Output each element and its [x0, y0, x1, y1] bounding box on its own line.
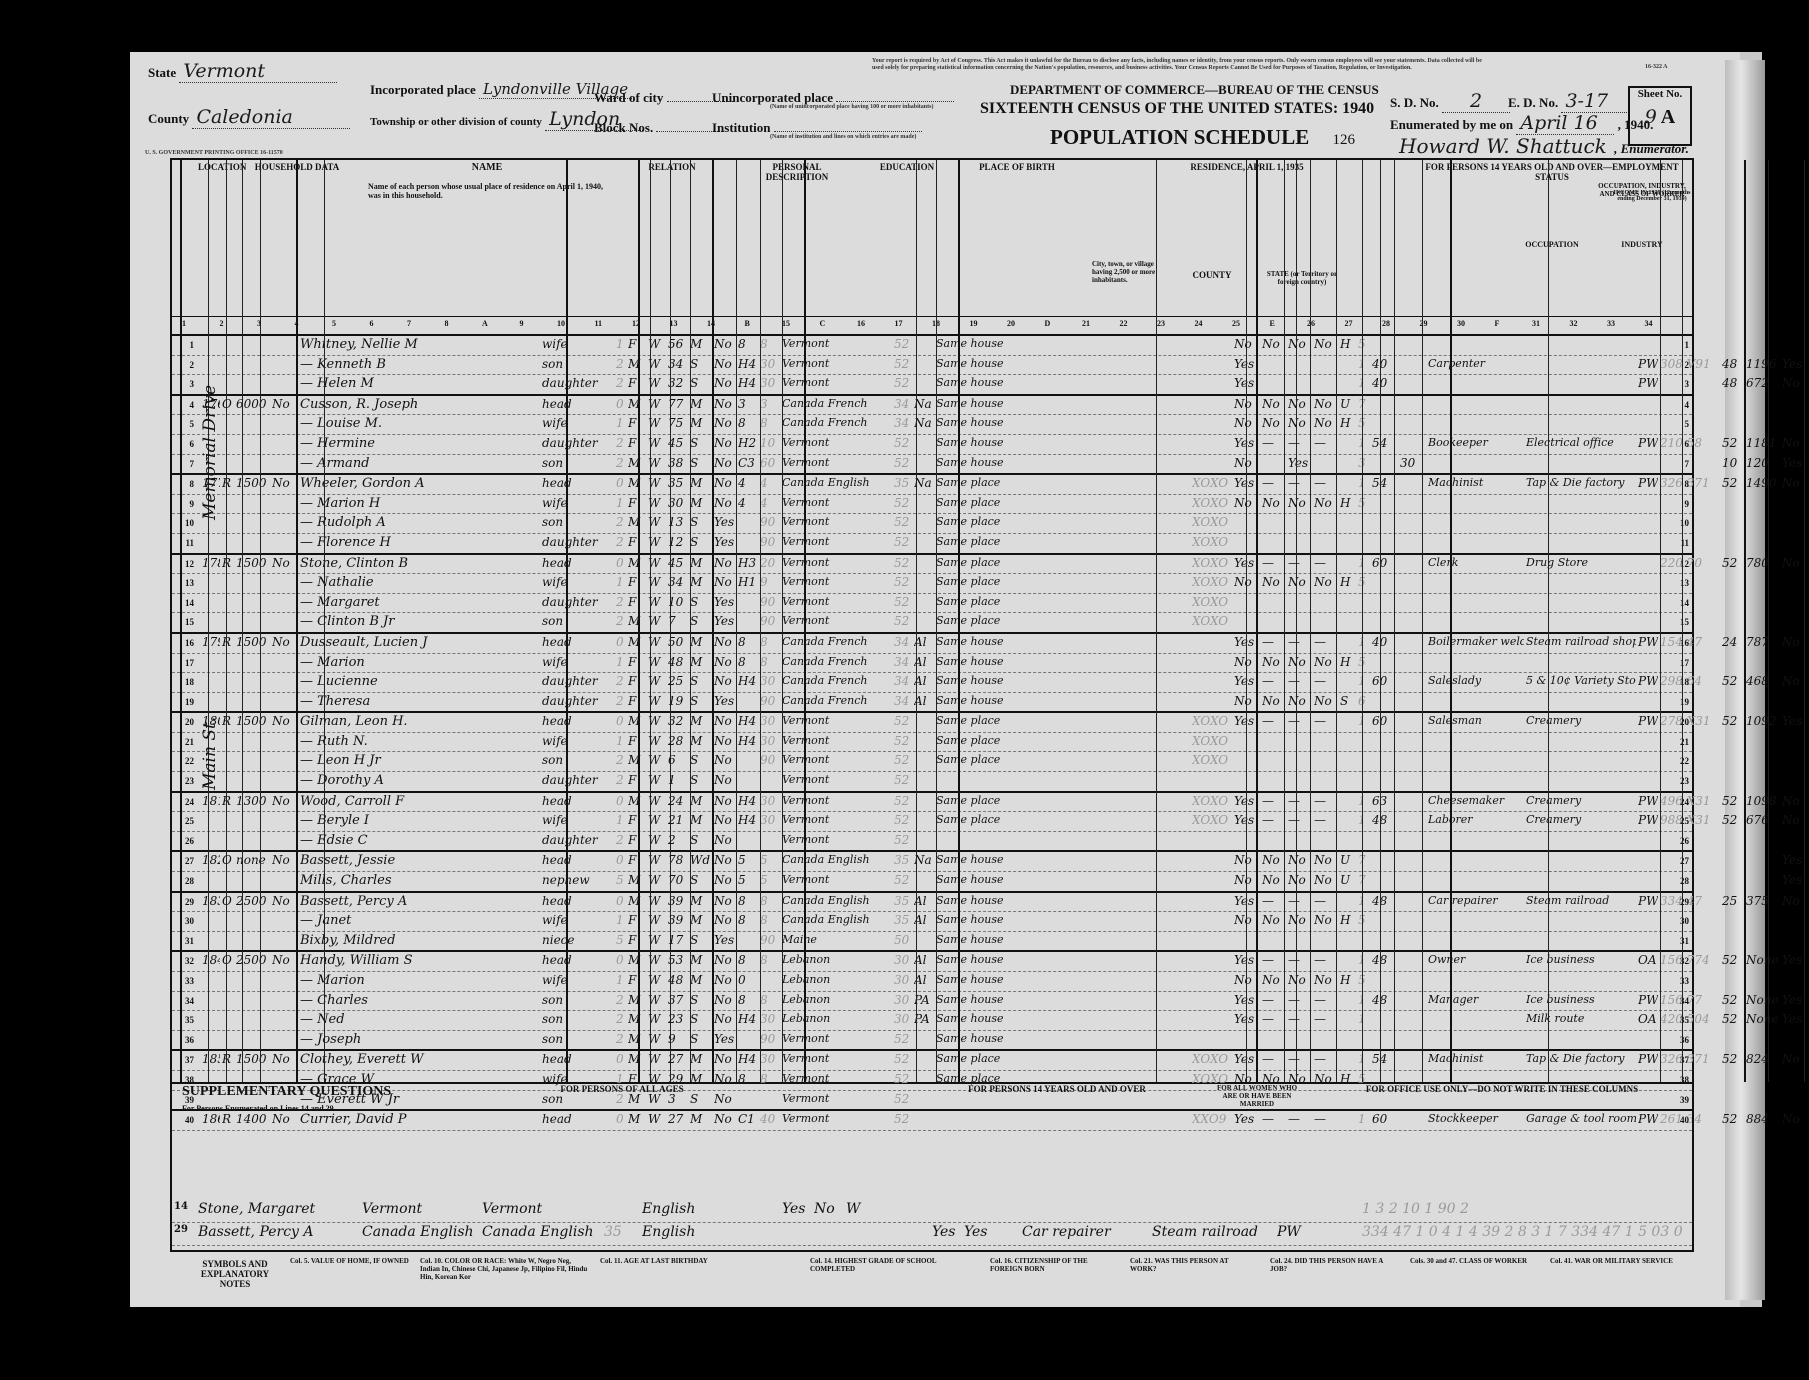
- cell-code-b: 30: [760, 813, 780, 827]
- cell-code-e: 5: [1358, 913, 1368, 927]
- cell-industry: Creamery: [1526, 813, 1636, 826]
- cell-weeks: 52: [1722, 674, 1744, 688]
- cell-code-e: 7: [1358, 873, 1368, 887]
- cell-code-c: 52: [894, 357, 912, 371]
- cell-code-b: 10: [760, 436, 780, 450]
- supp-cell-soc-sec: Yes: [932, 1224, 962, 1240]
- cell-school: No: [714, 357, 738, 371]
- cell-birthplace: Vermont: [782, 496, 892, 509]
- cell-code-c: 52: [894, 813, 912, 827]
- cell-hours: 40: [1372, 376, 1396, 390]
- cell-industry: Steam railroad: [1526, 894, 1636, 907]
- table-row: 11— Florence Hdaughter2FW12SYes90Vermont…: [172, 534, 1692, 555]
- cell-code-d: XOXO: [1192, 496, 1232, 510]
- cell-wages: 468: [1746, 674, 1780, 688]
- supp-cell-line: 29: [174, 1224, 194, 1235]
- column-divider: [712, 160, 714, 1082]
- table-row: 18— Luciennedaughter2FW25SNoH430Canada F…: [172, 673, 1692, 693]
- column-number: A: [482, 319, 488, 328]
- cell-weeks: 52: [1722, 1052, 1744, 1066]
- supp-cell-mother: Canada English: [482, 1224, 602, 1240]
- column-divider: [1380, 160, 1381, 1082]
- line-number-right: 12: [1669, 559, 1689, 569]
- cell-own: O: [222, 953, 236, 967]
- cell-has-job: —: [1314, 714, 1338, 728]
- cell-relation: nephew: [542, 873, 614, 887]
- cell-code-c: 52: [894, 1052, 912, 1066]
- column-divider: [1284, 160, 1285, 1082]
- cell-res-1935: Same house: [936, 913, 1066, 926]
- cell-own: O: [222, 853, 236, 867]
- cell-relation: son: [542, 1012, 614, 1026]
- cell-emerg: —: [1262, 674, 1286, 688]
- cell-res-1935: Same place: [936, 753, 1066, 766]
- cell-class: PW: [1638, 635, 1658, 649]
- cell-age: 77: [668, 397, 688, 411]
- cell-industry: Electrical office: [1526, 436, 1636, 449]
- cell-name: — Lucienne: [300, 674, 540, 689]
- cell-name: — Marion: [300, 973, 540, 988]
- cell-class: PW: [1638, 476, 1658, 490]
- cell-wages: 824: [1746, 1052, 1780, 1066]
- column-divider: [1660, 160, 1661, 1082]
- line-number: 24: [174, 797, 194, 807]
- cell-code-e: 1: [1358, 476, 1368, 490]
- cell-farm: No: [272, 476, 292, 490]
- cell-code-b: 90: [760, 753, 780, 767]
- cell-house-no: 183: [202, 894, 220, 908]
- cell-wages: 780: [1746, 556, 1780, 570]
- cell-age: 39: [668, 894, 688, 908]
- enumeration-date-field: Enumerated by me on April 16 , 1940.: [1390, 112, 1653, 135]
- cell-cit: Al: [914, 674, 934, 688]
- cell-school: Yes: [714, 595, 738, 609]
- cell-code-b: 90: [760, 933, 780, 947]
- cell-class: PW: [1638, 813, 1658, 827]
- cell-code-a: 2: [616, 376, 626, 390]
- table-row: 35— Nedson2MW23SNoH430Lebanon30PASame ho…: [172, 1011, 1692, 1031]
- cell-farm: No: [272, 635, 292, 649]
- cell-code-c: 35: [894, 913, 912, 927]
- cell-res-1935: Same place: [936, 496, 1066, 509]
- cell-relation: wife: [542, 575, 614, 589]
- cell-relation: son: [542, 1032, 614, 1046]
- cell-code-c: 52: [894, 1032, 912, 1046]
- table-row: 27182OnoneNoBassett, Jessiehead0FW78WdNo…: [172, 852, 1692, 872]
- cell-marital: M: [690, 794, 712, 808]
- cell-marital: M: [690, 575, 712, 589]
- cell-age: 19: [668, 694, 688, 708]
- cell-has-job: No: [1314, 853, 1338, 867]
- line-number: 9: [174, 499, 194, 509]
- cell-grade: 5: [738, 873, 758, 887]
- column-divider: [670, 160, 671, 1082]
- cell-seeking: No: [1288, 853, 1312, 867]
- cell-code-b: 90: [760, 515, 780, 529]
- table-body: 1Whitney, Nellie Mwife1FW56MNo88Vermont5…: [172, 336, 1692, 1131]
- cell-seeking: —: [1288, 674, 1312, 688]
- cell-name: — Edsie C: [300, 833, 540, 848]
- cell-age: 17: [668, 933, 688, 947]
- line-number-right: 29: [1669, 897, 1689, 907]
- cell-code-e: 7: [1358, 853, 1368, 867]
- cell-age: 75: [668, 416, 688, 430]
- column-number: 2: [220, 319, 224, 328]
- cell-grade: H4: [738, 357, 758, 371]
- supp-cell-tongue: English: [642, 1224, 742, 1240]
- cell-code-a: 1: [616, 973, 626, 987]
- column-divider: [1682, 160, 1683, 1082]
- cell-name: — Florence H: [300, 535, 540, 550]
- column-number: 1: [182, 319, 186, 328]
- cell-wages: None: [1746, 953, 1780, 967]
- cell-birthplace: Lebanon: [782, 1012, 892, 1025]
- cell-class: PW: [1638, 993, 1658, 1007]
- section-birth: PLACE OF BIRTH: [962, 162, 1072, 172]
- cell-marital: M: [690, 1052, 712, 1066]
- cell-code-d: XOXO: [1192, 813, 1232, 827]
- line-number-right: 10: [1669, 518, 1689, 528]
- cell-age: 34: [668, 357, 688, 371]
- line-number: 35: [174, 1015, 194, 1025]
- column-divider: [1394, 160, 1395, 1082]
- supp-cell-widow: No: [814, 1201, 844, 1217]
- cell-sex: F: [628, 376, 646, 390]
- cell-code-c: 35: [894, 853, 912, 867]
- cell-occupation: Boilermaker welder: [1428, 635, 1524, 648]
- cell-res-1935: Same place: [936, 1052, 1066, 1065]
- cell-grade: 0: [738, 973, 758, 987]
- cell-code-a: 0: [616, 556, 626, 570]
- cell-cit: Na: [914, 416, 934, 430]
- cell-grade: C3: [738, 456, 758, 470]
- cell-res-1935: Same place: [936, 794, 1066, 807]
- table-row: 9— Marion Hwife1FW30MNo44Vermont52Same p…: [172, 495, 1692, 515]
- line-number-right: 22: [1669, 756, 1689, 766]
- cell-code-a: 2: [616, 357, 626, 371]
- cell-code-b: 30: [760, 1052, 780, 1066]
- section-personal: PERSONAL DESCRIPTION: [742, 162, 852, 182]
- cell-sex: F: [628, 496, 646, 510]
- cell-relation: daughter: [542, 833, 614, 847]
- supp-cell-mother: Vermont: [482, 1201, 602, 1217]
- cell-birthplace: Vermont: [782, 833, 892, 846]
- cell-seeking: —: [1288, 1012, 1312, 1026]
- cell-code-b: 8: [760, 416, 780, 430]
- cell-seeking: No: [1288, 337, 1312, 351]
- cell-res-1935: Same house: [936, 993, 1066, 1006]
- cell-birthplace: Vermont: [782, 753, 892, 766]
- cell-wages: 375: [1746, 894, 1780, 908]
- line-number: 17: [174, 658, 194, 668]
- line-number: 33: [174, 976, 194, 986]
- cell-res-1935: Same house: [936, 357, 1066, 370]
- cell-code-c: 52: [894, 496, 912, 510]
- cell-code-a: 2: [616, 694, 626, 708]
- cell-sex: F: [628, 674, 646, 688]
- cell-has-job: —: [1314, 1052, 1338, 1066]
- cell-res-1935: Same place: [936, 575, 1066, 588]
- cell-code-e: 6: [1358, 694, 1368, 708]
- column-divider: [208, 160, 209, 1082]
- cell-sex: M: [628, 873, 646, 887]
- cell-grade: H4: [738, 376, 758, 390]
- table-row: 8177R1500NoWheeler, Gordon Ahead0MW35MNo…: [172, 475, 1692, 495]
- cell-birthplace: Vermont: [782, 714, 892, 727]
- cell-class: PW: [1638, 436, 1658, 450]
- cell-own: R: [222, 635, 236, 649]
- cell-code-b: 30: [760, 1012, 780, 1026]
- cell-code-d: XOXO: [1192, 734, 1232, 748]
- cell-farm: No: [272, 953, 292, 967]
- cell-code-b: 30: [760, 376, 780, 390]
- cell-birthplace: Vermont: [782, 813, 892, 826]
- cell-emerg: No: [1262, 416, 1286, 430]
- line-number-right: 11: [1669, 538, 1689, 548]
- column-number: 31: [1532, 319, 1540, 328]
- supp-cell-code: 35: [604, 1224, 634, 1240]
- cell-grade: 8: [738, 635, 758, 649]
- cell-code-a: 2: [616, 1012, 626, 1026]
- cell-marital: S: [690, 1032, 712, 1046]
- cell-grade: H4: [738, 794, 758, 808]
- cell-relation: son: [542, 614, 614, 628]
- cell-seeking: —: [1288, 1052, 1312, 1066]
- cell-name: — Marion H: [300, 496, 540, 511]
- column-divider: [1336, 160, 1337, 1082]
- cell-has-job: —: [1314, 436, 1338, 450]
- cell-code-b: 60: [760, 456, 780, 470]
- cell-age: 23: [668, 1012, 688, 1026]
- cell-grade: H1: [738, 575, 758, 589]
- cell-grade: 8: [738, 894, 758, 908]
- cell-hours: 63: [1372, 794, 1396, 808]
- cell-age: 35: [668, 476, 688, 490]
- confidentiality-notice: Your report is required by Act of Congre…: [872, 58, 1492, 72]
- cell-marital: S: [690, 694, 712, 708]
- cell-name: Dusseault, Lucien J: [300, 635, 540, 650]
- cell-code-c: 52: [894, 773, 912, 787]
- cell-code-b: 90: [760, 614, 780, 628]
- line-number: 11: [174, 538, 194, 548]
- cell-grade: 8: [738, 416, 758, 430]
- cell-relation: wife: [542, 813, 614, 827]
- line-number-right: 28: [1669, 876, 1689, 886]
- cell-school: No: [714, 753, 738, 767]
- cell-code-b: 30: [760, 674, 780, 688]
- cell-code-a: 0: [616, 953, 626, 967]
- cell-emerg: No: [1262, 694, 1286, 708]
- cell-age: 21: [668, 813, 688, 827]
- line-number: 2: [174, 360, 194, 370]
- line-number: 21: [174, 737, 194, 747]
- line-number: 18: [174, 677, 194, 687]
- cell-age: 25: [668, 674, 688, 688]
- cell-code-a: 2: [616, 993, 626, 1007]
- cell-sex: M: [628, 1052, 646, 1066]
- cell-birthplace: Vermont: [782, 1032, 892, 1045]
- cell-age: 28: [668, 734, 688, 748]
- cell-relation: head: [542, 397, 614, 411]
- column-number: 20: [1007, 319, 1015, 328]
- cell-relation: daughter: [542, 674, 614, 688]
- cell-birthplace: Vermont: [782, 794, 892, 807]
- cell-name: — Kenneth B: [300, 357, 540, 372]
- cell-code-c: 52: [894, 556, 912, 570]
- cell-code-c: 52: [894, 456, 912, 470]
- table-row: 22— Leon H Jrson2MW6SNo90Vermont52Same p…: [172, 752, 1692, 772]
- line-number: 30: [174, 916, 194, 926]
- cell-relation: niece: [542, 933, 614, 947]
- table-row: 36— Josephson2MW9SYes90Vermont52Same hou…: [172, 1031, 1692, 1052]
- line-number-right: 8: [1669, 479, 1689, 489]
- supplementary-row: 29Bassett, Percy ACanada EnglishCanada E…: [172, 1223, 1692, 1246]
- cell-code-a: 5: [616, 873, 626, 887]
- table-row: 13— Nathaliewife1FW34MNoH19Vermont52Same…: [172, 574, 1692, 594]
- column-number: 10: [557, 319, 565, 328]
- table-row: 30— Janetwife1FW39MNo88Canada English35A…: [172, 912, 1692, 932]
- cell-sex: F: [628, 933, 646, 947]
- line-number: 15: [174, 617, 194, 627]
- cell-res-1935: Same house: [936, 674, 1066, 687]
- line-number: 6: [174, 439, 194, 449]
- cell-code-a: 0: [616, 894, 626, 908]
- column-number: C: [820, 319, 826, 328]
- cell-birthplace: Lebanon: [782, 973, 892, 986]
- column-number: 30: [1457, 319, 1465, 328]
- cell-age: 50: [668, 635, 688, 649]
- cell-seeking: No: [1288, 913, 1312, 927]
- line-number: 27: [174, 856, 194, 866]
- cell-weeks: 10: [1722, 456, 1744, 470]
- cell-wages: 672: [1746, 376, 1780, 390]
- cell-school: No: [714, 337, 738, 351]
- column-divider: [1450, 160, 1452, 1082]
- cell-relation: son: [542, 456, 614, 470]
- cell-school: No: [714, 456, 738, 470]
- cell-hours: 48: [1372, 993, 1396, 1007]
- cell-school: No: [714, 436, 738, 450]
- table-row: 24181R1300NoWood, Carroll Fhead0MW24MNoH…: [172, 793, 1692, 813]
- cell-code-c: 35: [894, 476, 912, 490]
- cell-hours: 48: [1372, 894, 1396, 908]
- cell-seeking: No: [1288, 496, 1312, 510]
- column-number: D: [1045, 319, 1051, 328]
- column-number: 21: [1082, 319, 1090, 328]
- cell-cit: Al: [914, 913, 934, 927]
- cell-farm: No: [272, 397, 292, 411]
- cell-code-a: 0: [616, 794, 626, 808]
- cell-code-e: 1: [1358, 993, 1368, 1007]
- cell-seeking: No: [1288, 973, 1312, 987]
- table-row: 31Bixby, Mildredniece5FW17SYes90Maine50S…: [172, 932, 1692, 953]
- cell-school: No: [714, 575, 738, 589]
- cell-marital: S: [690, 357, 712, 371]
- cell-hours: 40: [1372, 635, 1396, 649]
- cell-weeks: 52: [1722, 794, 1744, 808]
- cell-seeking: —: [1288, 436, 1312, 450]
- cell-hours: 40: [1372, 357, 1396, 371]
- column-divider: [324, 160, 325, 1082]
- cell-birthplace: Vermont: [782, 1052, 892, 1065]
- cell-occupation: Machinist: [1428, 1052, 1524, 1065]
- cell-code-e: 5: [1358, 496, 1368, 510]
- cell-code-c: 30: [894, 973, 912, 987]
- cell-age: 9: [668, 1032, 688, 1046]
- column-divider: [566, 160, 568, 1082]
- cell-relation: wife: [542, 973, 614, 987]
- line-number-right: 34: [1669, 996, 1689, 1006]
- cell-code-e: 1: [1358, 794, 1368, 808]
- cell-code-a: 0: [616, 1052, 626, 1066]
- cell-marital: S: [690, 515, 712, 529]
- cell-code-e: 5: [1358, 337, 1368, 351]
- line-number: 34: [174, 996, 194, 1006]
- cell-house-no: 182: [202, 853, 220, 867]
- cell-res-1935: Same house: [936, 337, 1066, 350]
- line-number: 4: [174, 400, 194, 410]
- cell-has-job: No: [1314, 496, 1338, 510]
- cell-sex: F: [628, 595, 646, 609]
- cell-code-e: 1: [1358, 357, 1368, 371]
- cell-has-job: No: [1314, 873, 1338, 887]
- cell-code-b: 8: [760, 913, 780, 927]
- cell-relation: wife: [542, 416, 614, 430]
- cell-has-job: —: [1314, 556, 1338, 570]
- cell-code-a: 0: [616, 635, 626, 649]
- line-number-right: 33: [1669, 976, 1689, 986]
- cell-marital: S: [690, 933, 712, 947]
- cell-activity: U: [1340, 397, 1356, 411]
- cell-birthplace: Canada French: [782, 674, 892, 687]
- cell-name: — Theresa: [300, 694, 540, 709]
- line-number: 12: [174, 559, 194, 569]
- cell-relation: daughter: [542, 535, 614, 549]
- cell-code-b: 90: [760, 535, 780, 549]
- cell-code-c: 52: [894, 753, 912, 767]
- cell-code-e: 1: [1358, 436, 1368, 450]
- line-number-right: 36: [1669, 1035, 1689, 1045]
- cell-code-a: 2: [616, 535, 626, 549]
- cell-wages: 1196: [1746, 357, 1780, 371]
- column-number: 25: [1232, 319, 1240, 328]
- cell-emerg: No: [1262, 496, 1286, 510]
- cell-code-c: 34: [894, 655, 912, 669]
- cell-code-a: 2: [616, 833, 626, 847]
- cell-emerg: —: [1262, 476, 1286, 490]
- cell-hours: 48: [1372, 953, 1396, 967]
- column-number: 34: [1645, 319, 1653, 328]
- cell-cit: Al: [914, 973, 934, 987]
- cell-weeks: 52: [1722, 993, 1744, 1007]
- column-divider: [1422, 160, 1423, 1082]
- cell-class: PW: [1638, 674, 1658, 688]
- cell-industry: Drug Store: [1526, 556, 1636, 569]
- cell-class: OA: [1638, 953, 1658, 967]
- column-number: B: [745, 319, 750, 328]
- cell-code-e: 5: [1358, 416, 1368, 430]
- cell-hours: 54: [1372, 476, 1396, 490]
- cell-sex: M: [628, 515, 646, 529]
- cell-cit: Na: [914, 397, 934, 411]
- cell-code-d: XOXO: [1192, 575, 1232, 589]
- cell-birthplace: Vermont: [782, 595, 892, 608]
- cell-code-d: XOXO: [1192, 614, 1232, 628]
- cell-code-e: 1: [1358, 556, 1368, 570]
- cell-birthplace: Vermont: [782, 575, 892, 588]
- street-memorial-drive: Memorial Drive: [200, 385, 220, 520]
- cell-code-c: 34: [894, 635, 912, 649]
